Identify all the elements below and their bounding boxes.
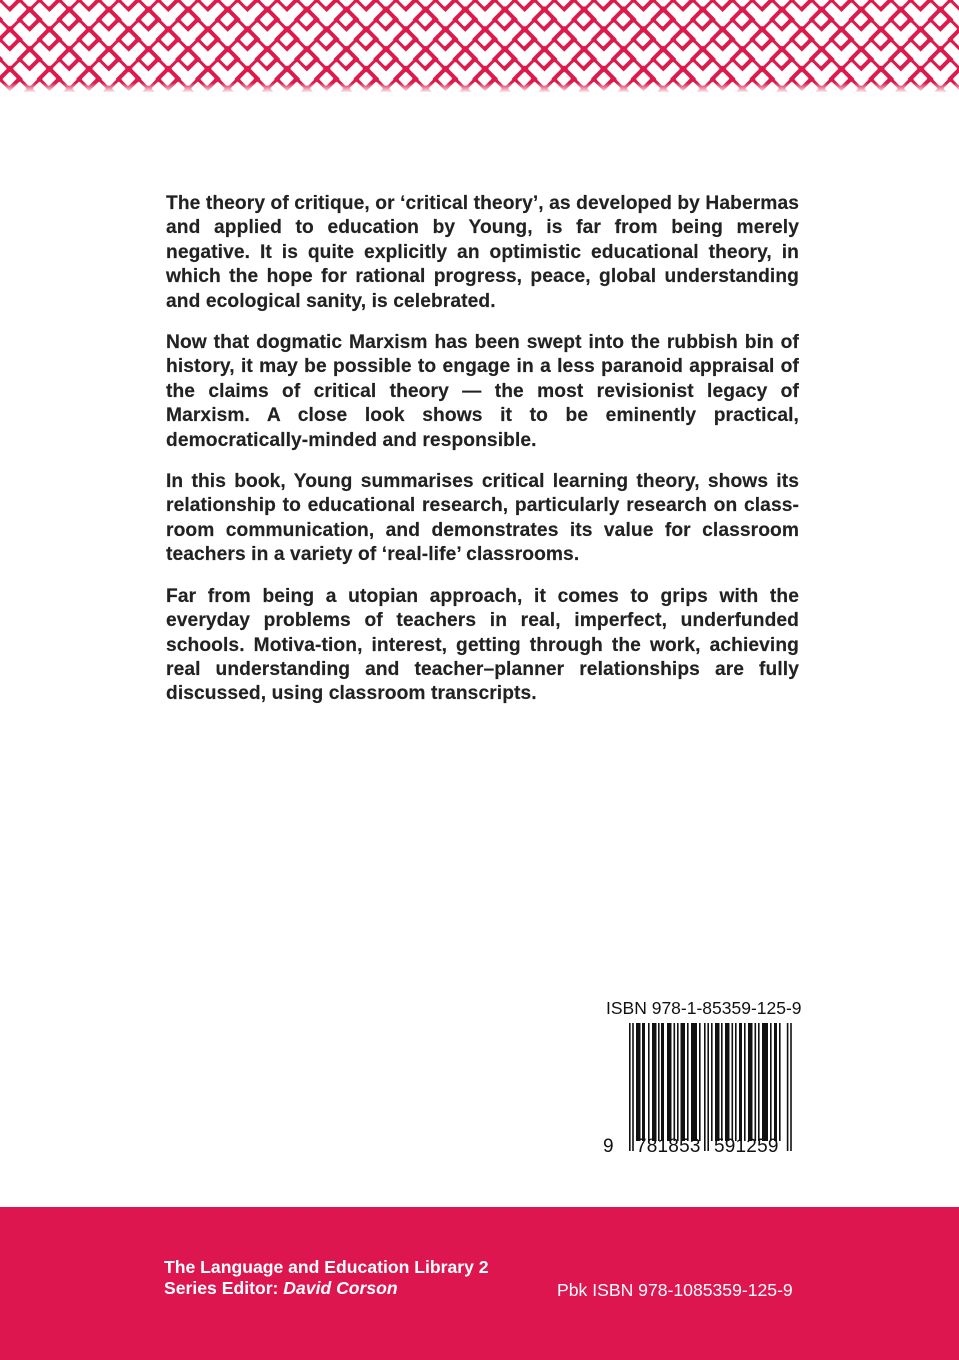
series-title: The Language and Education Library 2 [164,1257,489,1278]
series-editor-line: Series Editor: David Corson [164,1278,489,1299]
blurb-paragraph-2: Now that dogmatic Marxism has been swept… [166,331,799,453]
series-editor-name: David Corson [283,1278,397,1298]
weave-pattern-graphic [0,0,959,92]
basketweave-pattern-band [0,0,959,92]
isbn-barcode-block: ISBN 978-1-85359-125-9 [598,998,810,1163]
barcode-digits-right: 591259 [714,1136,779,1158]
back-cover-blurb: The theory of critique, or ‘critical the… [166,192,799,724]
series-banner: The Language and Education Library 2 Ser… [0,1207,959,1360]
blurb-paragraph-1: The theory of critique, or ‘critical the… [166,192,799,314]
barcode-digit-prefix: 9 [603,1136,614,1158]
blurb-paragraph-4: Far from being a utopian approach, it co… [166,585,799,707]
blurb-paragraph-3: In this book, Young summarises critical … [166,470,799,568]
barcode-icon [629,1023,792,1151]
barcode-digits-left: 781853 [636,1136,701,1158]
series-info: The Language and Education Library 2 Ser… [164,1257,489,1299]
paperback-isbn: Pbk ISBN 978-1085359-125-9 [557,1280,793,1301]
series-editor-label: Series Editor: [164,1278,278,1298]
isbn-label: ISBN 978-1-85359-125-9 [606,998,802,1019]
